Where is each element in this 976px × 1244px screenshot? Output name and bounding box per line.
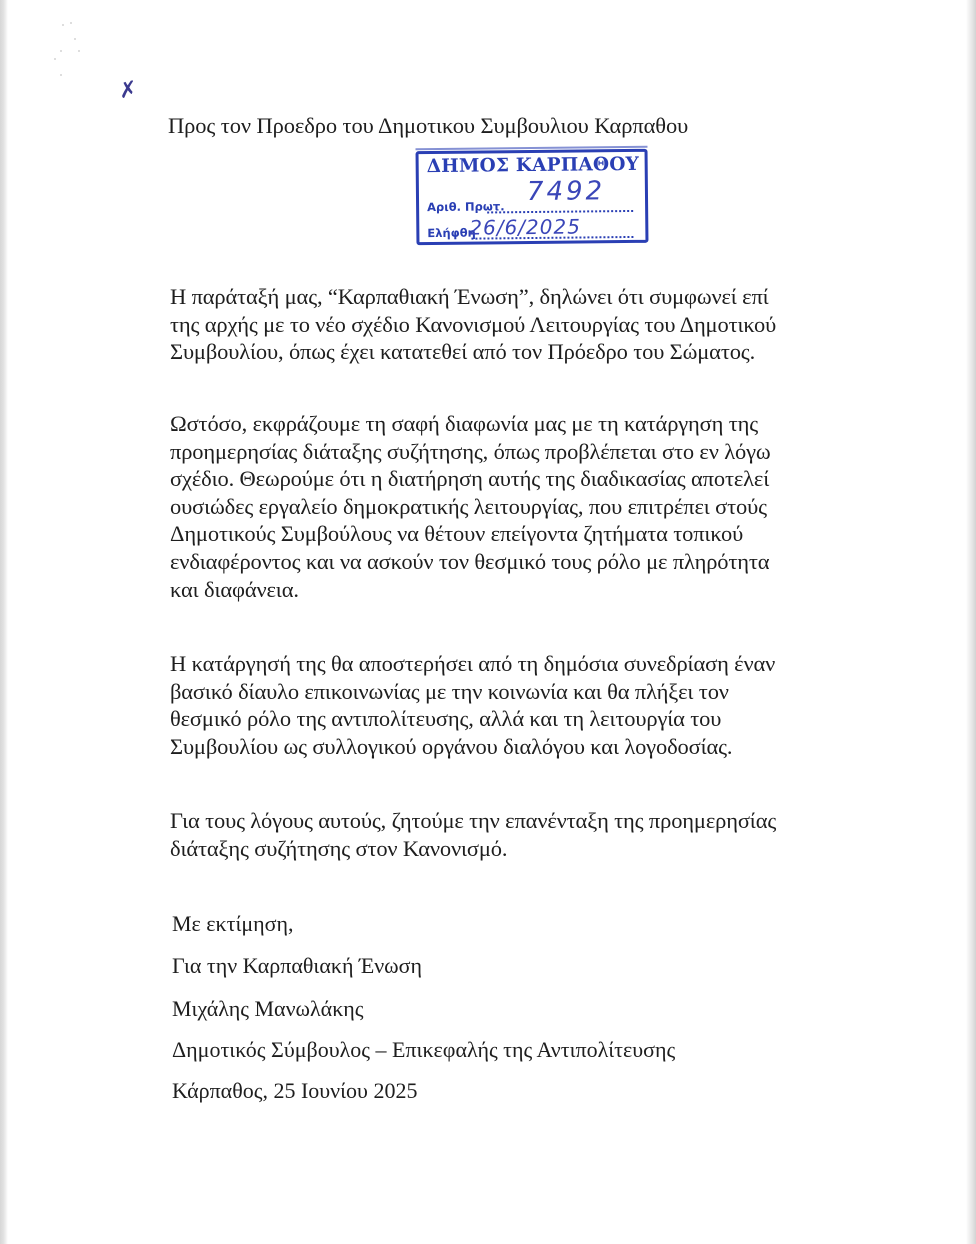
handwritten-x-mark: ✗ — [118, 79, 139, 103]
page-left-edge — [0, 0, 8, 1244]
paragraph-line: της αρχής με το νέο σχέδιο Κανονισμού Λε… — [170, 311, 850, 339]
paragraph-line: Για τους λόγους αυτούς, ζητούμε την επαν… — [170, 807, 850, 835]
paragraph-line: Ωστόσο, εκφράζουμε τη σαφή διαφωνία μας … — [170, 410, 850, 438]
closing-salutation: Με εκτίμηση, — [172, 910, 294, 938]
stamp-title: ΔΗΜΟΣ ΚΑΡΠΑΘΟΥ — [427, 154, 640, 177]
paragraph-line: Δημοτικούς Συμβούλους να θέτουν επείγοντ… — [170, 520, 850, 548]
paragraph-line: ουσιώδες εργαλείο δημοκρατικής λειτουργί… — [170, 493, 850, 521]
paragraph-agreement: Η παράταξή μας, “Καρπαθιακή Ένωση”, δηλώ… — [170, 283, 850, 366]
paragraph-line: προημερησίας διάταξης συζήτησης, όπως πρ… — [170, 438, 850, 466]
closing-on-behalf: Για την Καρπαθιακή Ένωση — [172, 952, 422, 980]
paragraph-line: σχέδιο. Θεωρούμε ότι η διατήρηση αυτής τ… — [170, 465, 850, 493]
paragraph-line: βασικό δίαυλο επικοινωνίας με την κοινων… — [170, 678, 850, 706]
paragraph-line: Η παράταξή μας, “Καρπαθιακή Ένωση”, δηλώ… — [170, 283, 850, 311]
scan-speckles — [50, 20, 90, 80]
paragraph-line: Η κατάργησή της θα αποστερήσει από τη δη… — [170, 650, 850, 678]
signatory-title: Δημοτικός Σύμβουλος – Επικεφαλής της Αντ… — [172, 1036, 675, 1064]
protocol-stamp: ΔΗΜΟΣ ΚΑΡΠΑΘΟΥ 7492 Αριθ. Πρωτ. Ελήφθη 2… — [416, 149, 649, 245]
paragraph-line: και διαφάνεια. — [170, 576, 850, 604]
stamp-dotted-line — [487, 210, 633, 214]
paragraph-line: ενδιαφέροντος και να ασκούν τον θεσμικό … — [170, 548, 850, 576]
signatory-name: Μιχάλης Μανωλάκης — [172, 995, 364, 1023]
paragraph-request: Για τους λόγους αυτούς, ζητούμε την επαν… — [170, 807, 850, 862]
stamp-protocol-number: 7492 — [527, 176, 605, 207]
paragraph-disagreement: Ωστόσο, εκφράζουμε τη σαφή διαφωνία μας … — [170, 410, 850, 603]
paragraph-line: Συμβουλίου ως συλλογικού οργάνου διαλόγο… — [170, 733, 850, 761]
stamp-received-date: 26/6/2025 — [469, 214, 581, 239]
place-and-date: Κάρπαθος, 25 Ιουνίου 2025 — [172, 1077, 417, 1105]
paragraph-consequences: Η κατάργησή της θα αποστερήσει από τη δη… — [170, 650, 850, 760]
page-right-edge — [966, 0, 976, 1244]
recipient-line: Προς τον Προεδρο του Δημοτικου Συμβουλιο… — [168, 112, 688, 140]
paragraph-line: θεσμικό ρόλο της αντιπολίτευσης, αλλά κα… — [170, 705, 850, 733]
paragraph-line: Συμβουλίου, όπως έχει κατατεθεί από τον … — [170, 338, 850, 366]
paragraph-line: διάταξης συζήτησης στον Κανονισμό. — [170, 835, 850, 863]
